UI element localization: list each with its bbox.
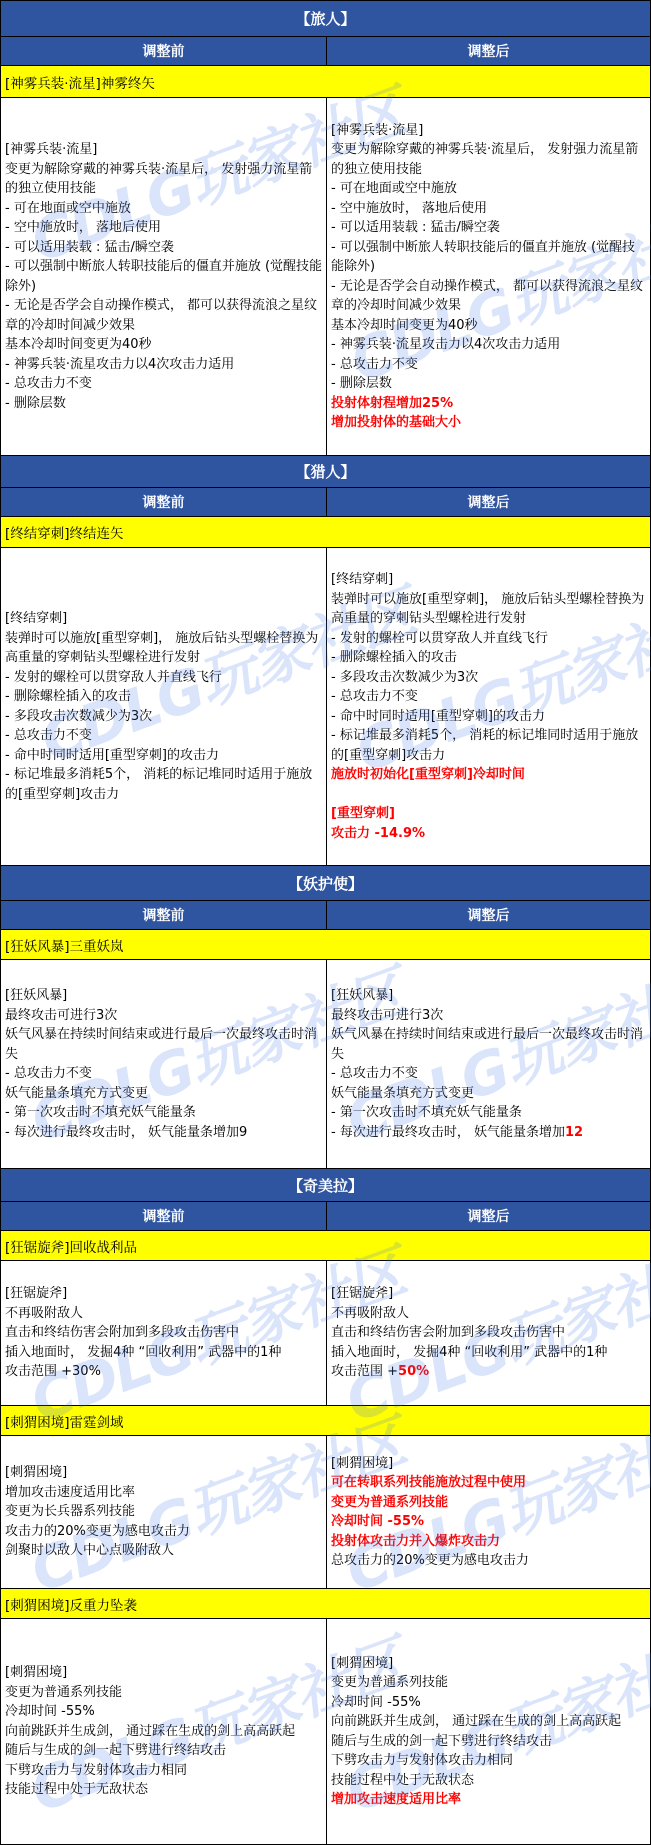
description-line: - 每次进行最终攻击时， 妖气能量条增加12 [331,1123,646,1143]
after-cell: [神雾兵装·流星]变更为解除穿戴的神雾兵装·流星后， 发射强力流星箭的独立使用技… [327,98,651,456]
description-line: - 标记堆最多消耗5个， 消耗的标记堆同时适用于施放的[重型穿刺]攻击力 [5,765,322,804]
highlighted-change-line: [重型穿刺] [331,804,646,824]
before-cell: [刺猬困境]变更为普通系列技能冷却时间 -55%向前跳跃并生成剑， 通过踩在生成… [1,1619,327,1845]
after-cell: [刺猬困境]可在转职系列技能施放过程中使用变更为普通系列技能冷却时间 -55%投… [327,1436,651,1589]
skill-name-row: [刺猬困境]雷霆剑域 [1,1406,651,1436]
description-line: - 发射的螺栓可以贯穿敌人并直线飞行 [331,629,646,649]
before-cell: [刺猬困境]增加攻击速度适用比率变更为长兵器系列技能攻击力的20%变更为感电攻击… [1,1436,327,1589]
section-title-row: 【旅人】 [1,1,651,37]
before-cell: [终结穿刺]装弹时可以施放[重型穿刺]， 施放后钻头型螺栓替换为高重量的穿刺钻头… [1,548,327,866]
skill-name: [刺猬困境]雷霆剑域 [1,1406,651,1436]
section-title-row: 【猎人】 [1,456,651,488]
description-line: - 总攻击力不变 [331,1064,646,1084]
highlighted-change-line: 攻击力 -14.9% [331,824,646,844]
column-header-after: 调整后 [327,1202,651,1231]
column-header-row: 调整前 调整后 [1,1202,651,1231]
description-line: 妖气风暴在持续时间结束或进行最后一次最终攻击时消失 [5,1025,322,1064]
description-line: - 可在地面或空中施放 [331,179,646,199]
description-line: - 可以强制中断旅人转职技能后的僵直并施放 (觉醒技能除外) [331,238,646,277]
description-line: 变更为解除穿戴的神雾兵装·流星后， 发射强力流星箭的独立使用技能 [5,160,322,199]
description-line: - 第一次攻击时不填充妖气能量条 [331,1103,646,1123]
description-line: - 神雾兵装·流星攻击力以4次攻击力适用 [5,355,322,375]
highlighted-change-line: 投射体射程增加25% [331,394,646,414]
description-line: 装弹时可以施放[重型穿刺]， 施放后钻头型螺栓替换为高重量的穿刺钻头型螺栓进行发… [331,590,646,629]
description-line: 攻击范围 +30% [5,1362,322,1382]
description-line: 插入地面时， 发掘4种 “回收利用” 武器中的1种 [5,1343,322,1363]
highlighted-value: 12 [565,1125,583,1140]
description-line: [狂锯旋斧] [331,1284,646,1304]
skill-name: [终结穿刺]终结连矢 [1,517,651,548]
description-line: 装弹时可以施放[重型穿刺]， 施放后钻头型螺栓替换为高重量的穿刺钻头型螺栓进行发… [5,629,322,668]
description-line: - 无论是否学会自动操作模式， 都可以获得流浪之星纹章的冷却时间减少效果 [5,296,322,335]
skill-name-row: [神雾兵装·流星]神雾终矢 [1,66,651,98]
description-line: - 空中施放时， 落地后使用 [331,199,646,219]
description-line [331,785,646,805]
description-line: 妖气能量条填充方式变更 [331,1084,646,1104]
patch-notes-table: 【旅人】 调整前 调整后 [神雾兵装·流星]神雾终矢 [神雾兵装·流星]变更为解… [0,0,651,1845]
highlighted-change-line: 投射体攻击力并入爆炸攻击力 [331,1532,646,1552]
section-title-traveler: 【旅人】 [1,1,651,37]
description-line: [终结穿刺] [5,609,322,629]
description-line: [神雾兵装·流星] [5,140,322,160]
description-line: 变更为长兵器系列技能 [5,1502,322,1522]
column-header-before: 调整前 [1,37,327,66]
description-line: [狂妖风暴] [5,986,322,1006]
description-line: - 神雾兵装·流星攻击力以4次攻击力适用 [331,335,646,355]
highlighted-change-line: 增加投射体的基础大小 [331,413,646,433]
description-line: 攻击范围 +50% [331,1362,646,1382]
description-line: - 总攻击力不变 [5,1064,322,1084]
description-line: 攻击力的20%变更为感电攻击力 [5,1522,322,1542]
section-title-fairy-guardian: 【妖护使】 [1,866,651,901]
description-line: - 空中施放时， 落地后使用 [5,218,322,238]
description-line: - 可以强制中断旅人转职技能后的僵直并施放 (觉醒技能除外) [5,257,322,296]
description-line: 下劈攻击力与发射体攻击力相同 [331,1751,646,1771]
skill-content-row: [狂妖风暴]最终攻击可进行3次妖气风暴在持续时间结束或进行最后一次最终攻击时消失… [1,960,651,1169]
description-line: 妖气能量条填充方式变更 [5,1084,322,1104]
after-cell: [狂锯旋斧]不再吸附敌人直击和终结伤害会附加到多段攻击伤害中插入地面时， 发掘4… [327,1261,651,1406]
section-title-row: 【奇美拉】 [1,1169,651,1202]
skill-name-row: [狂锯旋斧]回收战利品 [1,1231,651,1261]
description-line: [刺猬困境] [331,1654,646,1674]
before-cell: [狂妖风暴]最终攻击可进行3次妖气风暴在持续时间结束或进行最后一次最终攻击时消失… [1,960,327,1169]
description-line: [神雾兵装·流星] [331,121,646,141]
after-cell: [狂妖风暴]最终攻击可进行3次妖气风暴在持续时间结束或进行最后一次最终攻击时消失… [327,960,651,1169]
before-cell: [神雾兵装·流星]变更为解除穿戴的神雾兵装·流星后， 发射强力流星箭的独立使用技… [1,98,327,456]
description-line: 变更为普通系列技能 [331,1673,646,1693]
section-title-chimera: 【奇美拉】 [1,1169,651,1202]
description-line: - 删除层数 [331,374,646,394]
skill-name-row: [终结穿刺]终结连矢 [1,517,651,548]
highlighted-change-line: 变更为普通系列技能 [331,1493,646,1513]
column-header-row: 调整前 调整后 [1,901,651,930]
description-line: 不再吸附敌人 [331,1304,646,1324]
section-title-row: 【妖护使】 [1,866,651,901]
description-line: 总攻击力的20%变更为感电攻击力 [331,1551,646,1571]
skill-name-row: [狂妖风暴]三重妖岚 [1,930,651,960]
description-line: 不再吸附敌人 [5,1304,322,1324]
description-line: [刺猬困境] [5,1663,322,1683]
highlighted-value: 50% [398,1364,429,1379]
description-line: - 可以适用装载 : 猛击/瞬空袭 [5,238,322,258]
description-line: - 总攻击力不变 [331,355,646,375]
column-header-before: 调整前 [1,901,327,930]
before-cell: [狂锯旋斧]不再吸附敌人直击和终结伤害会附加到多段攻击伤害中插入地面时， 发掘4… [1,1261,327,1406]
description-line: - 命中时同时适用[重型穿刺]的攻击力 [5,746,322,766]
column-header-after: 调整后 [327,901,651,930]
description-line: 剑聚时以敌人中心点吸附敌人 [5,1541,322,1561]
description-line: [狂妖风暴] [331,986,646,1006]
description-line: 最终攻击可进行3次 [331,1006,646,1026]
description-line: - 删除螺栓插入的攻击 [5,687,322,707]
description-line: 插入地面时， 发掘4种 “回收利用” 武器中的1种 [331,1343,646,1363]
skill-content-row: [神雾兵装·流星]变更为解除穿戴的神雾兵装·流星后， 发射强力流星箭的独立使用技… [1,98,651,456]
skill-name-row: [刺猬困境]反重力坠袭 [1,1589,651,1619]
description-line: - 可以适用装载 : 猛击/瞬空袭 [331,218,646,238]
description-line: - 第一次攻击时不填充妖气能量条 [5,1103,322,1123]
description-line: 直击和终结伤害会附加到多段攻击伤害中 [331,1323,646,1343]
description-line: - 总攻击力不变 [5,726,322,746]
description-line: 增加攻击速度适用比率 [5,1483,322,1503]
highlighted-change-line: 增加攻击速度适用比率 [331,1790,646,1810]
column-header-row: 调整前 调整后 [1,37,651,66]
description-line: 冷却时间 -55% [5,1702,322,1722]
skill-name: [神雾兵装·流星]神雾终矢 [1,66,651,98]
skill-content-row: [刺猬困境]增加攻击速度适用比率变更为长兵器系列技能攻击力的20%变更为感电攻击… [1,1436,651,1589]
description-line: 技能过程中处于无敌状态 [331,1771,646,1791]
highlighted-change-line: 冷却时间 -55% [331,1512,646,1532]
description-line: 向前跳跃并生成剑， 通过踩在生成的剑上高高跃起 [331,1712,646,1732]
highlighted-change-line: 施放时初始化[重型穿刺]冷却时间 [331,765,646,785]
description-line: - 多段攻击次数减少为3次 [331,668,646,688]
description-line: 基本冷却时间变更为40秒 [331,316,646,336]
section-title-hunter: 【猎人】 [1,456,651,488]
column-header-after: 调整后 [327,37,651,66]
description-line: 随后与生成的剑一起下劈进行终结攻击 [5,1741,322,1761]
after-cell: [刺猬困境]变更为普通系列技能冷却时间 -55%向前跳跃并生成剑， 通过踩在生成… [327,1619,651,1845]
after-cell: [终结穿刺]装弹时可以施放[重型穿刺]， 施放后钻头型螺栓替换为高重量的穿刺钻头… [327,548,651,866]
description-line: 最终攻击可进行3次 [5,1006,322,1026]
description-line: [刺猬困境] [331,1454,646,1474]
description-line: 变更为普通系列技能 [5,1683,322,1703]
description-line: - 删除螺栓插入的攻击 [331,648,646,668]
column-header-before: 调整前 [1,488,327,517]
description-line: [终结穿刺] [331,570,646,590]
description-line: [狂锯旋斧] [5,1284,322,1304]
column-header-after: 调整后 [327,488,651,517]
description-line: 冷却时间 -55% [331,1693,646,1713]
description-line: - 总攻击力不变 [5,374,322,394]
column-header-before: 调整前 [1,1202,327,1231]
description-line: - 可在地面或空中施放 [5,199,322,219]
description-line: - 每次进行最终攻击时， 妖气能量条增加9 [5,1123,322,1143]
description-line: - 总攻击力不变 [331,687,646,707]
skill-content-row: [终结穿刺]装弹时可以施放[重型穿刺]， 施放后钻头型螺栓替换为高重量的穿刺钻头… [1,548,651,866]
highlighted-change-line: 可在转职系列技能施放过程中使用 [331,1473,646,1493]
description-line: 基本冷却时间变更为40秒 [5,335,322,355]
column-header-row: 调整前 调整后 [1,488,651,517]
skill-content-row: [狂锯旋斧]不再吸附敌人直击和终结伤害会附加到多段攻击伤害中插入地面时， 发掘4… [1,1261,651,1406]
description-line: 变更为解除穿戴的神雾兵装·流星后， 发射强力流星箭的独立使用技能 [331,140,646,179]
skill-name: [狂锯旋斧]回收战利品 [1,1231,651,1261]
description-line: - 命中时同时适用[重型穿刺]的攻击力 [331,707,646,727]
description-line: - 多段攻击次数减少为3次 [5,707,322,727]
description-line: [刺猬困境] [5,1463,322,1483]
description-line: 直击和终结伤害会附加到多段攻击伤害中 [5,1323,322,1343]
skill-name: [狂妖风暴]三重妖岚 [1,930,651,960]
description-line: - 删除层数 [5,394,322,414]
skill-content-row: [刺猬困境]变更为普通系列技能冷却时间 -55%向前跳跃并生成剑， 通过踩在生成… [1,1619,651,1845]
description-line: 技能过程中处于无敌状态 [5,1780,322,1800]
description-line: - 无论是否学会自动操作模式， 都可以获得流浪之星纹章的冷却时间减少效果 [331,277,646,316]
description-line: - 标记堆最多消耗5个， 消耗的标记堆同时适用于施放的[重型穿刺]攻击力 [331,726,646,765]
description-line: - 发射的螺栓可以贯穿敌人并直线飞行 [5,668,322,688]
description-line: 向前跳跃并生成剑， 通过踩在生成的剑上高高跃起 [5,1722,322,1742]
skill-name: [刺猬困境]反重力坠袭 [1,1589,651,1619]
description-line: 下劈攻击力与发射体攻击力相同 [5,1761,322,1781]
description-line: 随后与生成的剑一起下劈进行终结攻击 [331,1732,646,1752]
description-line: 妖气风暴在持续时间结束或进行最后一次最终攻击时消失 [331,1025,646,1064]
